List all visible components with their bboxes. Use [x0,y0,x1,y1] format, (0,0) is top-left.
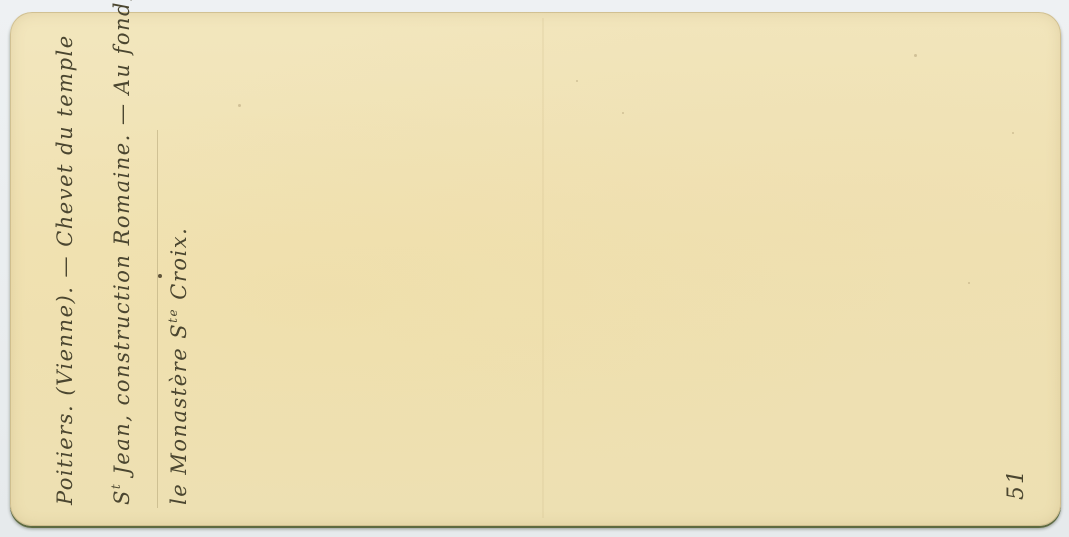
paper-speck [968,282,970,284]
paper-speck [622,112,624,114]
card-number: 51 [1004,468,1029,500]
paper-speck [238,104,241,107]
paper-speck [576,80,578,82]
caption-line-3: le Monastère Ste Croix. [148,0,205,505]
paper-speck [914,54,917,57]
paper-speck [1012,132,1014,134]
center-fold [542,18,544,518]
scan-background: Poitiers. (Vienne). — Chevet du temple S… [0,0,1069,537]
handwritten-caption: Poitiers. (Vienne). — Chevet du temple S… [40,0,205,505]
caption-line-1: Poitiers. (Vienne). — Chevet du temple [40,0,91,505]
caption-line-2: St Jean, construction Romaine. — Au fond… [91,0,148,505]
